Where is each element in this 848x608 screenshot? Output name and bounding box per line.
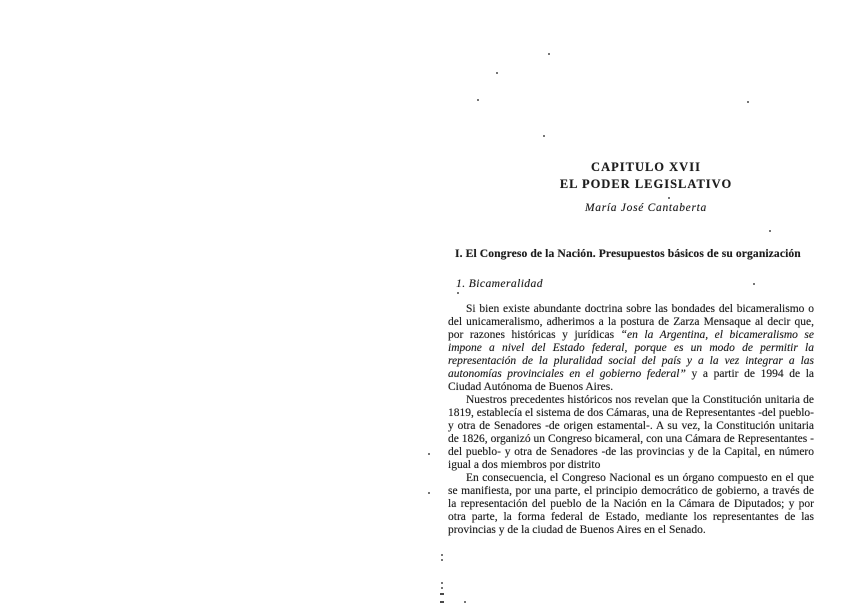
scan-speck <box>496 72 498 74</box>
paragraph-1: Si bien existe abundante doctrina sobre … <box>448 303 814 394</box>
scan-speck <box>428 492 430 494</box>
scan-speck <box>543 135 545 137</box>
scan-speck <box>477 99 479 101</box>
scan-speck <box>428 453 430 455</box>
scan-speck <box>441 587 443 589</box>
scan-speck <box>457 292 459 294</box>
scanned-book-page: CAPITULO XVII EL PODER LEGISLATIVO María… <box>0 0 848 608</box>
scan-speck <box>464 601 466 603</box>
subsection-heading: 1. Bicameralidad <box>456 277 543 290</box>
chapter-number: CAPITULO XVII <box>460 159 832 176</box>
scan-speck <box>441 554 443 556</box>
paragraph-2: Nuestros precedentes históricos nos reve… <box>448 394 814 472</box>
scan-speck <box>441 559 443 561</box>
scan-speck <box>440 593 444 595</box>
section-heading: I. El Congreso de la Nación. Presupuesto… <box>455 247 821 260</box>
scan-speck <box>769 230 771 232</box>
scan-speck <box>753 283 755 285</box>
chapter-heading: CAPITULO XVII EL PODER LEGISLATIVO <box>460 159 832 193</box>
chapter-title: EL PODER LEGISLATIVO <box>460 176 832 193</box>
scan-speck <box>747 101 749 103</box>
scan-speck <box>548 53 550 55</box>
paragraph-3: En consecuencia, el Congreso Nacional es… <box>448 472 814 537</box>
author-name: María José Cantaberta <box>460 202 832 214</box>
scan-speck <box>668 197 670 199</box>
scan-speck <box>441 582 443 584</box>
scan-speck <box>440 601 444 603</box>
body-text: Si bien existe abundante doctrina sobre … <box>448 303 814 537</box>
